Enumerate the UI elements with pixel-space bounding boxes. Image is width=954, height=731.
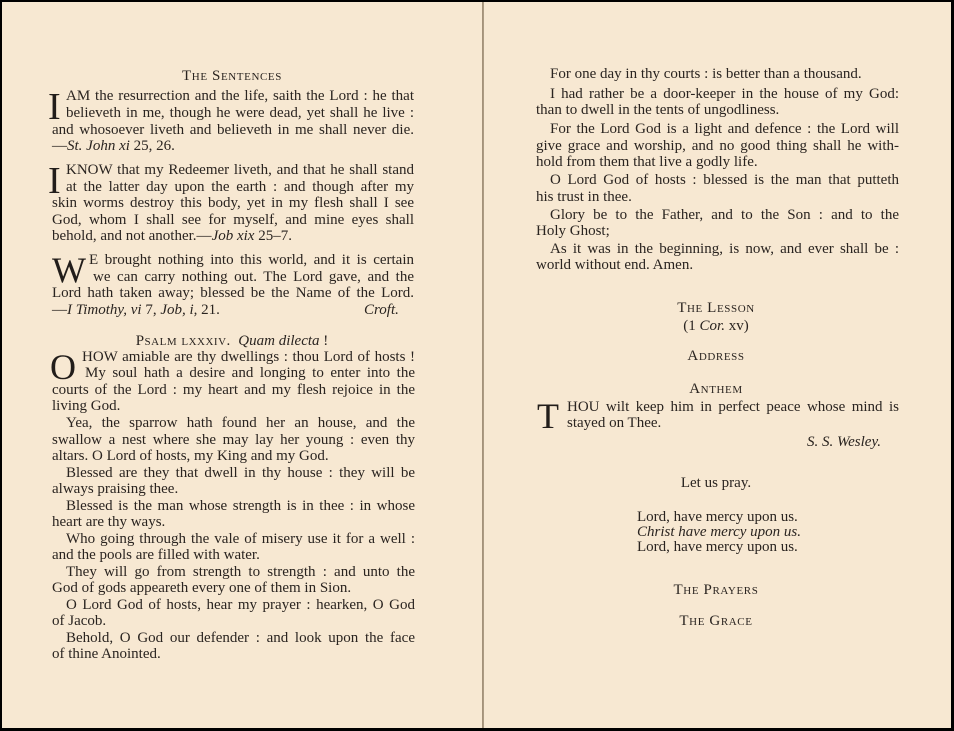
anthem-line-1: HOU wilt keep him in perfect peace whose…	[567, 399, 899, 415]
sentences-heading: The Sentences	[42, 68, 422, 84]
psalm-cont-line-3: than to dwell in the tents of ungodlines…	[536, 102, 779, 118]
drop-cap-i: I	[48, 88, 61, 126]
psalm-line-16: O Lord God of hosts, hear my prayer : he…	[66, 597, 415, 613]
psalm-line-12: Who going through the vale of misery use…	[66, 531, 415, 547]
right-page: For one day in thy courts : is better th…	[486, 2, 951, 728]
anthem-heading: Anthem	[516, 381, 916, 397]
citation-timothy-verse: 7,	[142, 302, 161, 318]
book-spread: The Sentences I AM the resurrection and …	[2, 2, 951, 728]
psalm-line-5: Yea, the sparrow hath found her an house…	[66, 415, 415, 431]
address-heading: Address	[516, 348, 916, 364]
psalm-number: Psalm lxxxiv.	[136, 333, 231, 349]
psalm-line-11: heart are thy ways.	[52, 514, 165, 530]
kyrie-line-3: Lord, have mercy upon us.	[637, 539, 798, 555]
psalm-heading: Psalm lxxxiv. Quam dilecta !	[42, 333, 422, 349]
psalm-line-13: and the pools are filled with water.	[52, 547, 260, 563]
lesson-ref-book: Cor.	[700, 318, 725, 334]
drop-cap-o: O	[50, 349, 76, 385]
citation-book: St. John xi	[67, 138, 130, 154]
sentence-3-line-2: we can carry nothing out. The Lord gave,…	[93, 269, 414, 285]
psalm-cont-line-7: O Lord God of hosts : blessed is the man…	[550, 172, 899, 188]
page-gutter	[482, 2, 484, 728]
psalm-cont-line-12: world without end. Amen.	[536, 257, 693, 273]
psalm-cont-line-9: Glory be to the Father, and to the Son :…	[550, 207, 899, 223]
psalm-line-14: They will go from strength to strength :…	[66, 564, 415, 580]
citation-book: Job xix	[212, 228, 255, 244]
citation-verses: 25, 26.	[130, 138, 175, 154]
lesson-reference: (1 Cor. xv)	[516, 318, 916, 334]
sentence-2-line-4: God, whom I shall see for myself, and mi…	[52, 212, 414, 228]
citation-verses: 25–7.	[254, 228, 292, 244]
lesson-heading: The Lesson	[516, 300, 916, 316]
sentence-1-line-3: and whosoever liveth and believeth in me…	[52, 122, 414, 138]
sentence-2-line-5: behold, and not another.—Job xix 25–7.	[52, 228, 292, 244]
sentence-2-text: behold, and not another.—	[52, 228, 212, 244]
psalm-cont-line-4: For the Lord God is a light and defence …	[550, 121, 899, 137]
sentence-1-line-1: AM the resurrection and the life, saith …	[66, 88, 414, 104]
psalm-cont-line-10: Holy Ghost;	[536, 223, 610, 239]
citation-job: Job, i,	[160, 302, 197, 318]
citation-job-verse: 21.	[197, 302, 220, 318]
psalm-cont-line-5: give grace and worship, and no good thin…	[536, 138, 899, 154]
kyrie-line-1: Lord, have mercy upon us.	[637, 509, 798, 525]
drop-cap-t: T	[537, 398, 559, 434]
psalm-line-8: Blessed are they that dwell in thy house…	[66, 465, 415, 481]
kyrie-line-2: Christ have mercy upon us.	[637, 524, 801, 540]
lesson-ref-close: xv)	[725, 318, 749, 334]
psalm-cont-line-8: his trust in thee.	[536, 189, 632, 205]
sentence-1-line-2: believeth in me, though he were dead, ye…	[66, 105, 414, 121]
citation-dash: —	[52, 302, 67, 318]
composer-wesley: S. S. Wesley.	[807, 434, 881, 450]
psalm-line-4: living God.	[52, 398, 120, 414]
grace-heading: The Grace	[516, 613, 916, 629]
anthem-line-2: stayed on Thee.	[567, 415, 661, 431]
prayers-heading: The Prayers	[516, 582, 916, 598]
drop-cap-w: W	[52, 252, 86, 288]
psalm-line-15: God of gods appeareth every one of them …	[52, 580, 351, 596]
sentence-2-line-3: skin worms destroy this body, yet in my …	[52, 195, 414, 211]
sentence-3-line-3: Lord hath taken away; blessed be the Nam…	[52, 285, 414, 301]
citation-dash: —	[52, 138, 67, 154]
sentence-2-line-2: at the latter day upon the earth : and t…	[66, 179, 414, 195]
psalm-heading-end: !	[320, 333, 329, 349]
psalm-latin-title: Quam dilecta	[238, 333, 319, 349]
left-page: The Sentences I AM the resurrection and …	[2, 2, 480, 728]
psalm-cont-line-1: For one day in thy courts : is better th…	[550, 66, 862, 82]
sentence-2-line-1: KNOW that my Redeemer liveth, and that h…	[66, 162, 414, 178]
citation-timothy: I Timothy, vi	[67, 302, 142, 318]
psalm-line-10: Blessed is the man whose strength is in …	[66, 498, 415, 514]
sentence-1-citation: —St. John xi 25, 26.	[52, 138, 175, 154]
psalm-line-9: always praising thee.	[52, 481, 178, 497]
psalm-line-19: of thine Anointed.	[52, 646, 161, 662]
psalm-line-18: Behold, O God our defender : and look up…	[66, 630, 415, 646]
psalm-cont-line-11: As it was in the beginning, is now, and …	[550, 241, 899, 257]
psalm-line-3: courts of the Lord : my heart and my fle…	[52, 382, 415, 398]
sentence-3-line-1: E brought nothing into this world, and i…	[89, 252, 414, 268]
psalm-line-17: of Jacob.	[52, 613, 106, 629]
lesson-ref-open: (1	[683, 318, 699, 334]
psalm-cont-line-2: I had rather be a door-keeper in the hou…	[550, 86, 899, 102]
psalm-line-7: altars. O Lord of hosts, my King and my …	[52, 448, 329, 464]
psalm-line-1: HOW amiable are thy dwellings : thou Lor…	[82, 349, 415, 365]
psalm-line-2: My soul hath a desire and longing to ent…	[85, 365, 415, 381]
psalm-line-6: swallow a nest where she may lay her you…	[52, 432, 415, 448]
let-us-pray: Let us pray.	[516, 475, 916, 491]
sentence-3-citation: —I Timothy, vi 7, Job, i, 21.	[52, 302, 220, 318]
composer-croft: Croft.	[364, 302, 399, 318]
psalm-cont-line-6: hold from them that live a godly life.	[536, 154, 758, 170]
